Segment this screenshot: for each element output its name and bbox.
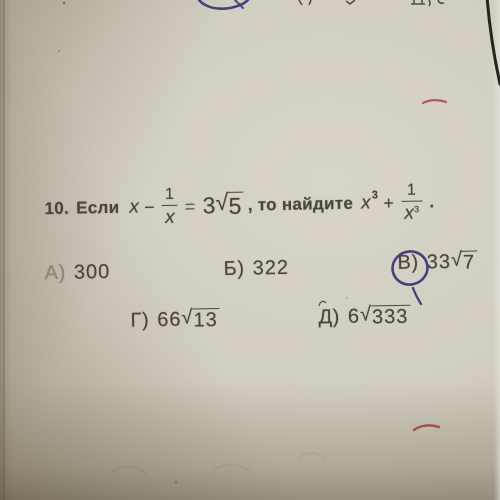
sqrt-icon: √ [360, 304, 372, 324]
fraction-one-over-x: 1 x [162, 186, 179, 227]
exponent-3: 3 [372, 190, 379, 201]
sqrt-expression: √ 13 [181, 308, 220, 333]
option-v: В) 33 √ 7 [397, 251, 477, 276]
question-line: 10. Если x − 1 x = 3 √ 5 , то найдите x … [44, 174, 435, 237]
math-var-x: x [361, 192, 371, 214]
option-g-coef: 66 [157, 309, 182, 332]
sqrt-expression: √ 333 [360, 305, 411, 330]
coefficient: 3 [202, 192, 216, 219]
option-d-label: Д) [318, 306, 340, 329]
radicand: 7 [462, 251, 478, 275]
sqrt-expression: √ 5 [215, 192, 244, 220]
option-v-value: 33 √ 7 [427, 251, 478, 276]
option-v-coef: 33 [427, 251, 452, 274]
x-cubed: x 3 [361, 192, 379, 214]
question-middle-text: , то найдите [248, 194, 354, 216]
option-d-value: 6 √ 333 [348, 305, 411, 330]
question-number: 10. [44, 199, 69, 219]
sqrt-icon: √ [451, 250, 463, 270]
option-b-value: 322 [252, 257, 289, 281]
radicand: 13 [192, 308, 220, 332]
sqrt-icon: √ [181, 308, 193, 328]
question-period: . [429, 192, 434, 212]
option-g-value: 66 √ 13 [157, 308, 220, 333]
option-g: Г) 66 √ 13 [130, 308, 220, 334]
question-lead-text: Если [76, 198, 120, 219]
option-g-label: Г) [130, 309, 149, 332]
option-b: Б) 322 [223, 257, 289, 281]
option-d: Д) 6 √ 333 [318, 305, 410, 331]
option-b-label: Б) [223, 258, 244, 281]
paper-content: 10. Если x − 1 x = 3 √ 5 , то найдите x … [0, 0, 500, 500]
option-v-label: В) [397, 252, 419, 275]
fraction-denominator: x [162, 206, 178, 227]
fraction-numerator: 1 [404, 182, 420, 200]
option-a: А) 300 [45, 261, 111, 285]
minus-sign: − [144, 197, 155, 218]
fraction-denominator: x3 [401, 202, 422, 223]
sqrt-expression: √ 7 [451, 251, 478, 275]
sqrt-icon: √ [215, 191, 228, 214]
option-a-value: 300 [74, 261, 111, 285]
fraction-numerator: 1 [162, 186, 178, 204]
radicand: 333 [371, 305, 411, 330]
photo-of-test-paper: 10. Если x − 1 x = 3 √ 5 , то найдите x … [0, 0, 500, 500]
equals-sign: = [185, 196, 196, 217]
math-var-x: x [129, 196, 139, 218]
option-d-coef: 6 [348, 306, 361, 329]
plus-sign: + [383, 192, 394, 213]
exponent-3: 3 [414, 205, 419, 215]
fraction-one-over-x-cubed: 1 x3 [401, 182, 423, 223]
radicand: 5 [227, 192, 244, 220]
option-a-label: А) [45, 262, 67, 285]
term-3-sqrt-5: 3 √ 5 [202, 192, 244, 220]
